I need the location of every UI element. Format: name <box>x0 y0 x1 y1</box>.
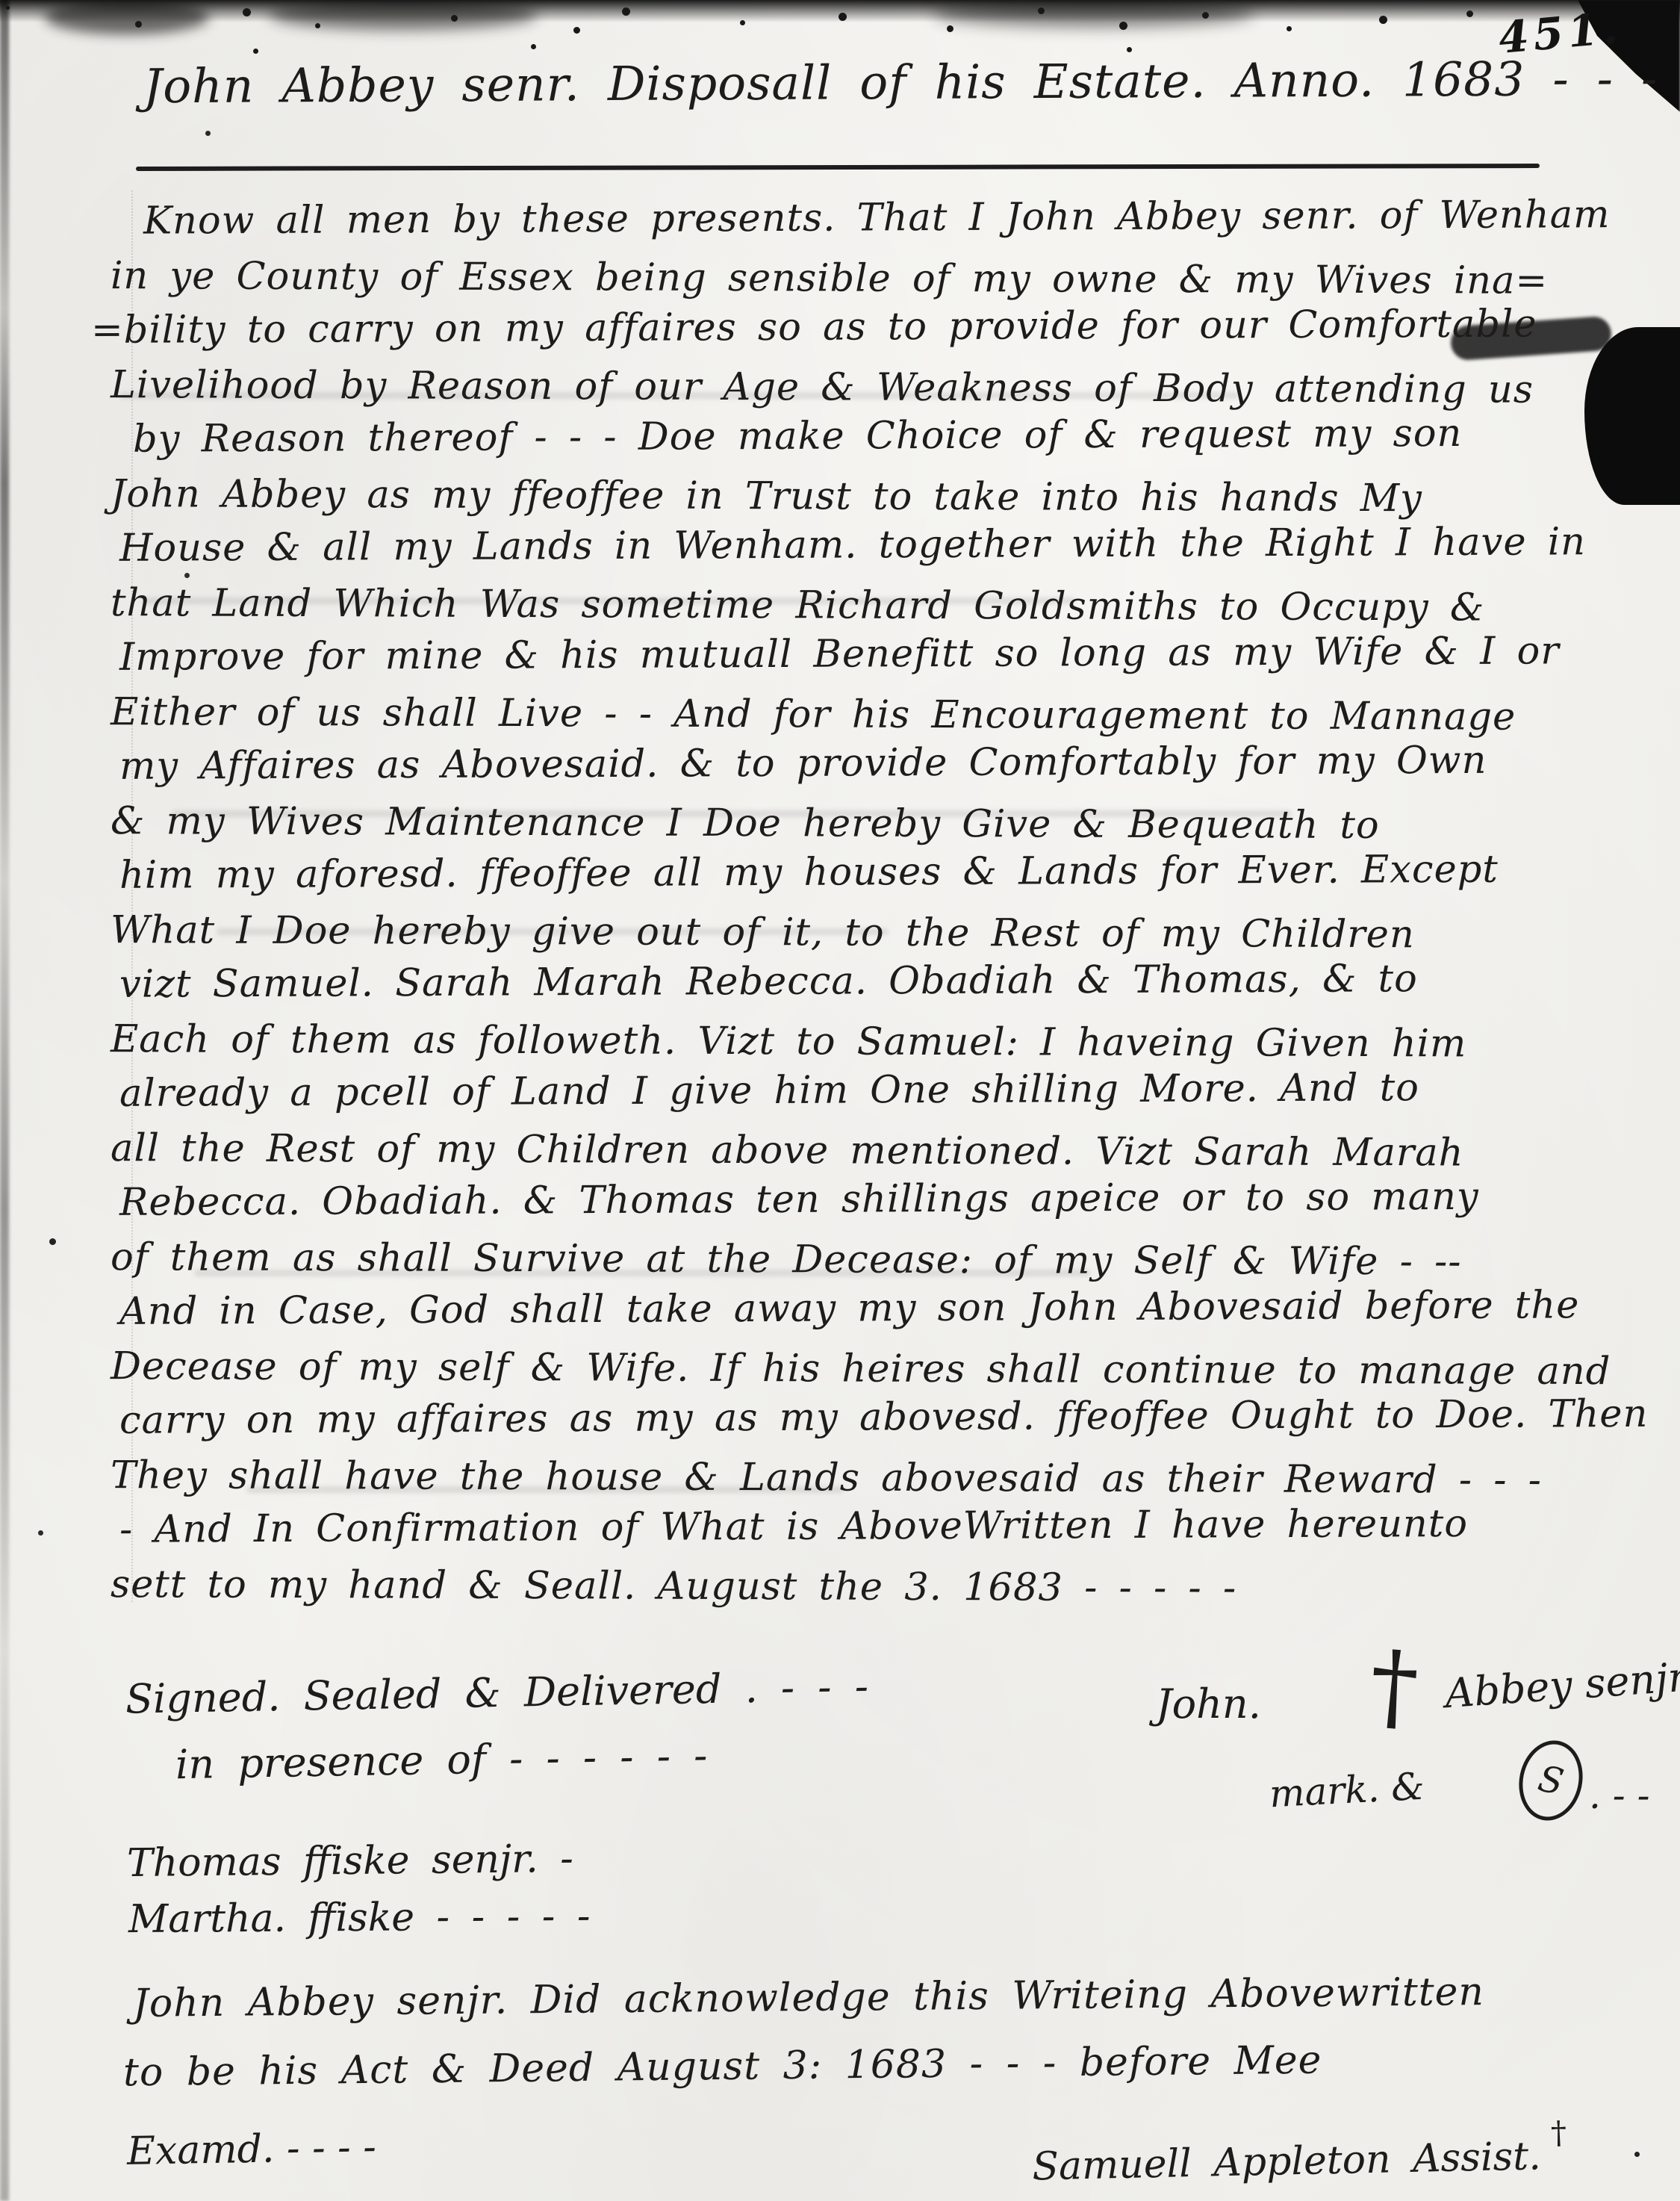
manuscript-line: Rebecca. Obadiah. & Thomas ten shillings… <box>88 1169 1656 1230</box>
scan-speckle-noise <box>6 6 10 10</box>
manuscript-line: And in Case, God shall take away my son … <box>88 1278 1656 1339</box>
signer-first-name: John. <box>1156 1680 1261 1727</box>
manuscript-line: my Affaires as Abovesaid. & to provide C… <box>88 733 1656 794</box>
manuscript-line: already a pcell of Land I give him One s… <box>88 1060 1656 1121</box>
document-title: John Abbey senr. Disposall of his Estate… <box>143 52 1658 114</box>
manuscript-line: =bility to carry on my affaires so as to… <box>88 297 1656 358</box>
seal-letter: S <box>1534 1757 1567 1804</box>
manuscript-line: Know all men by these presents. That I J… <box>88 187 1656 249</box>
scan-gutter-shadow <box>0 0 9 2201</box>
signer-last-name: Abbey senjr <box>1443 1654 1680 1718</box>
witness-thomas-fiske: Thomas ffiske senjr. - <box>127 1837 573 1886</box>
scan-top-smudge <box>45 0 209 34</box>
manuscript-line: him my aforesd. ffeoffee all my houses &… <box>88 842 1656 903</box>
title-underline <box>136 164 1540 171</box>
seal-icon: S <box>1512 1734 1590 1826</box>
manuscript-line: sett to my hand & Seall. August the 3. 1… <box>88 1557 1656 1617</box>
manuscript-line: carry on my affaires as my as my abovesd… <box>88 1387 1656 1448</box>
manuscript-page-scan: 451. John Abbey senr. Disposall of his E… <box>0 0 1680 2201</box>
official-signature: Samuell Appleton Assist.† <box>1031 2114 1567 2190</box>
scan-top-smudge <box>269 0 538 30</box>
manuscript-line: by Reason thereof - - - Doe make Choice … <box>88 406 1656 467</box>
scan-top-edge-shadow <box>0 0 1680 22</box>
manuscript-line: Improve for mine & his mutuall Benefitt … <box>88 624 1656 685</box>
scan-top-smudge <box>933 0 1254 27</box>
manuscript-line: - And In Confirmation of What is AboveWr… <box>88 1496 1656 1557</box>
pen-flourish-icon: † <box>1550 2114 1567 2151</box>
manuscript-line: vizt Samuel. Sarah Marah Rebecca. Obadia… <box>88 951 1656 1012</box>
signers-mark-icon: † <box>1367 1638 1422 1736</box>
official-signature-text: Samuell Appleton Assist. <box>1032 2134 1542 2189</box>
mark-caption: mark. & <box>1269 1765 1425 1816</box>
presence-line: in presence of - - - - - - <box>175 1732 708 1788</box>
witness-martha-fiske: Martha. ffiske - - - - - <box>128 1894 591 1942</box>
manuscript-line: House & all my Lands in Wenham. together… <box>88 515 1656 576</box>
document-body: Know all men by these presents. That I J… <box>88 194 1656 1612</box>
examined-note: Examd. - - - - <box>127 2125 377 2174</box>
acknowledgment-line: John Abbey senjr. Did acknowledge this W… <box>133 1969 1484 2026</box>
acknowledgment-line: to be his Act & Deed August 3: 1683 - - … <box>123 2038 1322 2096</box>
seal-trailing-dashes: . - - <box>1589 1774 1649 1817</box>
signed-sealed-line: Signed. Sealed & Delivered . - - - <box>125 1663 869 1722</box>
